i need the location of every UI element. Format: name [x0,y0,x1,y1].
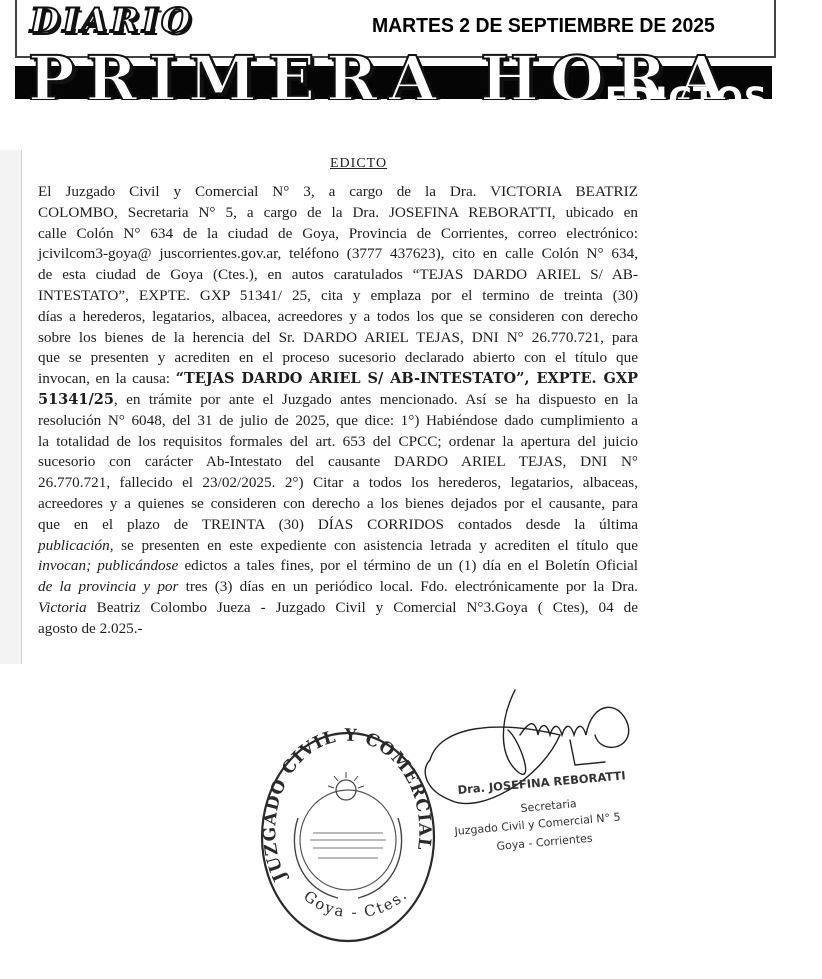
text-run: calle Colón N° 634 de la ciudad de Goya,… [38,225,638,242]
text-run: invocan; publicándose [38,557,178,574]
edict-text-line: de la provincia y por tres (3) días en u… [38,577,638,598]
document-title: EDICTO [330,156,387,172]
text-run: Beatriz Colombo Jueza - Juzgado Civil y … [87,599,638,616]
edict-text-line: de esta ciudad de Goya (Ctes.), en autos… [38,265,638,286]
text-run: de la provincia y por [38,578,178,595]
text-run: 26.770.721, fallecido el 23/02/2025. 2°)… [38,474,638,491]
edict-text-line: sobre los bienes de la herencia del Sr. … [38,328,638,349]
edict-text-line: resolución N° 6048, del 31 de julio de 2… [38,411,638,432]
edict-text-line: COLOMBO, Secretaria N° 5, a cargo de la … [38,203,638,224]
text-run: sucesorio con carácter Ab-Intestato del … [38,453,638,470]
edict-text-line: Victoria Beatriz Colombo Jueza - Juzgado… [38,598,638,619]
text-run: que se presenten y acrediten en el proce… [38,349,638,366]
text-run: publicación [38,537,110,554]
edict-text-line: que se presenten y acrediten en el proce… [38,348,638,369]
text-run: “TEJAS DARDO ARIEL S/ AB-INTESTATO”, EXP… [176,370,638,387]
text-run: que en el plazo de TREINTA (30) DÍAS COR… [38,516,638,533]
scan-margin-strip [0,150,22,664]
edict-text-line: calle Colón N° 634 de la ciudad de Goya,… [38,224,638,245]
court-seal-icon: JUZGADO CIVIL Y COMERCIAL Nº 3 Goya - Ct… [258,728,438,946]
section-label: EDICTOS [605,80,768,99]
text-run: INTESTATO”, EXPTE. GXP 51341/ 25, cita y… [38,287,638,304]
text-run: Victoria [38,599,87,616]
text-run: invocan, en la causa: [38,370,176,387]
text-run: de esta ciudad de Goya (Ctes.), en autos… [38,266,638,283]
edict-text-line: agosto de 2.025.- [38,619,638,640]
edict-text-line: INTESTATO”, EXPTE. GXP 51341/ 25, cita y… [38,286,638,307]
edict-text-line: publicación, se presenten en este expedi… [38,536,638,557]
seal-top-text: JUZGADO CIVIL Y COMERCIAL Nº 3 [258,728,434,886]
edict-text-line: jcivilcom3-goya@ juscorrientes.gov.ar, t… [38,244,638,265]
text-run: agosto de 2.025.- [38,620,143,637]
edict-text-line: sucesorio con carácter Ab-Intestato del … [38,452,638,473]
masthead-prefix: DIARIO [30,2,194,40]
edict-text-line: invocan; publicándose edictos a tales fi… [38,556,638,577]
edict-text-line: 26.770.721, fallecido el 23/02/2025. 2°)… [38,473,638,494]
text-run: días a herederos, legatarios, albacea, a… [38,308,638,325]
text-run: sobre los bienes de la herencia del Sr. … [38,329,638,346]
seal-bottom-text: Goya - Ctes. [300,885,411,921]
newspaper-masthead: DIARIO MARTES 2 DE SEPTIEMBRE DE 2025 PR… [0,0,822,100]
text-run: COLOMBO, Secretaria N° 5, a cargo de la … [38,204,638,221]
svg-text:JUZGADO CIVIL Y COMERCIAL Nº 3: JUZGADO CIVIL Y COMERCIAL Nº 3 [258,728,434,886]
text-run: , se presenten en este expediente con as… [110,537,638,554]
text-run: 51341/25 [38,391,114,408]
edict-text-line: 51341/25, en trámite por ante el Juzgado… [38,390,638,411]
edict-text-line: que en el plazo de TREINTA (30) DÍAS COR… [38,515,638,536]
text-run: , en trámite por ante el Juzgado antes m… [114,391,638,408]
text-run: tres (3) días en un periódico local. Fdo… [178,578,638,595]
text-run: la totalidad de los requisitos formales … [38,433,638,450]
text-run: edictos a tales fines, por el término de… [178,557,638,574]
edict-text-line: invocan, en la causa: “TEJAS DARDO ARIEL… [38,369,638,390]
edict-text-line: El Juzgado Civil y Comercial N° 3, a car… [38,182,638,203]
edict-text-line: días a herederos, legatarios, albacea, a… [38,307,638,328]
secretary-signature-block: Dra. JOSEFINA REBORATTI Secretaria Juzga… [420,680,700,880]
text-run: El Juzgado Civil y Comercial N° 3, a car… [38,183,638,200]
edict-body: El Juzgado Civil y Comercial N° 3, a car… [38,182,638,640]
publication-date: MARTES 2 DE SEPTIEMBRE DE 2025 [372,15,715,38]
text-run: acreedores y a quienes se consideren con… [38,495,638,512]
edict-text-line: acreedores y a quienes se consideren con… [38,494,638,515]
edict-text-line: la totalidad de los requisitos formales … [38,432,638,453]
text-run: resolución N° 6048, del 31 de julio de 2… [38,412,638,429]
svg-text:Goya - Ctes.: Goya - Ctes. [300,885,411,921]
text-run: jcivilcom3-goya@ juscorrientes.gov.ar, t… [38,245,638,262]
